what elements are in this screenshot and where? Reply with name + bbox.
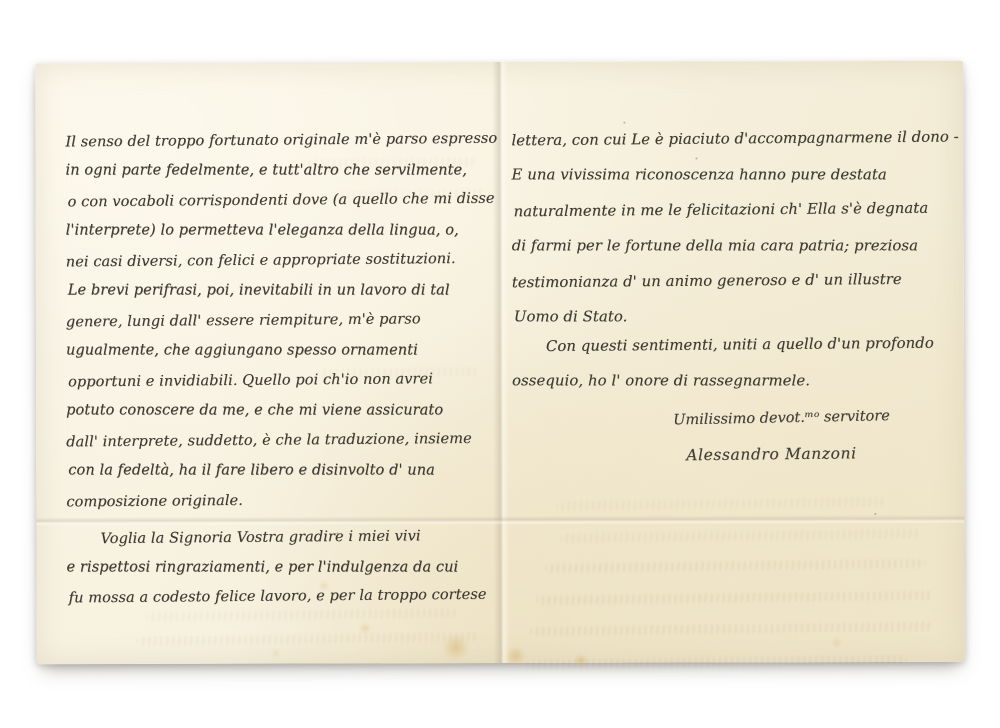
handwritten-line: Con questi sentimenti, uniti a quello d'… <box>512 326 946 365</box>
handwritten-line: Le brevi perifrasi, poi, inevitabili in … <box>68 276 486 306</box>
bleedthrough-marks <box>560 529 920 543</box>
bleedthrough-marks <box>556 497 886 510</box>
handwritten-line: naturalmente in me le felicitazioni ch' … <box>513 191 945 230</box>
letter-page-left: Il senso del troppo fortunato originale … <box>65 62 485 63</box>
foxing-spot <box>359 622 372 634</box>
letter-paper: Il senso del troppo fortunato originale … <box>35 61 965 664</box>
handwritten-line: opportuni e invidiabili. Quello poi ch'i… <box>68 364 486 398</box>
handwritten-line: Voglia la Signoria Vostra gradire i miei… <box>66 522 486 555</box>
right-paragraph-1: lettera, con cui Le è piaciuto d'accompa… <box>511 121 946 335</box>
bleedthrough-marks <box>537 591 932 605</box>
foxing-spot <box>505 646 527 666</box>
handwritten-line: Il senso del troppo fortunato originale … <box>65 124 485 158</box>
photo-background: Il senso del troppo fortunato originale … <box>0 0 1000 728</box>
signature-name: Alessandro Manzoni <box>686 444 857 464</box>
letter-page-right: lettera, con cui Le è piaciuto d'accompa… <box>511 61 945 62</box>
left-paragraph-2: Voglia la Signoria Vostra gradire i miei… <box>66 523 486 613</box>
handwritten-line: potuto conoscere da me, e che mi viene a… <box>66 396 486 426</box>
center-fold-crease <box>492 62 510 663</box>
left-paragraph-1: Il senso del troppo fortunato originale … <box>65 125 486 516</box>
handwritten-line: in ogni parte fedelmente, e tutt'altro c… <box>65 156 485 186</box>
signature-block: Umilissimo devot.ᵐᵒ servitore Alessandro… <box>511 61 945 62</box>
foxing-spot <box>271 649 281 658</box>
valediction-line: Umilissimo devot.ᵐᵒ servitore <box>673 408 890 428</box>
handwritten-line: composizione originale. <box>66 484 486 518</box>
handwritten-line: nei casi diversi, con felici e appropria… <box>66 244 486 278</box>
handwritten-line: genere, lungi dall' essere riempiture, m… <box>66 304 486 338</box>
handwritten-line: ossequio, ho l' onore di rassegnarmele. <box>512 363 946 399</box>
handwritten-line: l'interprete) lo permetteva l'eleganza d… <box>66 216 486 246</box>
handwritten-line: E una vivissima riconoscenza hanno pure … <box>512 157 946 193</box>
handwritten-line: e rispettosi ringraziamenti, e per l'ind… <box>67 553 487 583</box>
handwritten-line: di farmi per le fortune della mia cara p… <box>512 228 946 264</box>
bleedthrough-marks <box>545 559 925 573</box>
ink-speck <box>874 513 876 515</box>
bleedthrough-marks <box>531 622 931 636</box>
handwritten-line: dall' interprete, suddetto, è che la tra… <box>66 424 486 458</box>
handwritten-line: fu mossa a codesto felice lavoro, e per … <box>68 581 486 614</box>
foxing-spot <box>441 634 471 660</box>
handwritten-line: o con vocaboli corrispondenti dove (a qu… <box>67 184 485 218</box>
handwritten-line: testimonianza d' un animo generoso e d' … <box>512 262 946 301</box>
foxing-spot <box>573 654 589 668</box>
handwritten-line: con la fedeltà, ha il fare libero e disi… <box>68 456 486 486</box>
foxing-spot <box>831 637 843 648</box>
handwritten-line: ugualmente, che aggiungano spesso orname… <box>66 336 486 366</box>
bleedthrough-marks <box>137 632 477 645</box>
right-paragraph-2: Con questi sentimenti, uniti a quello d'… <box>512 327 946 399</box>
handwritten-line: lettera, con cui Le è piaciuto d'accompa… <box>511 120 945 159</box>
